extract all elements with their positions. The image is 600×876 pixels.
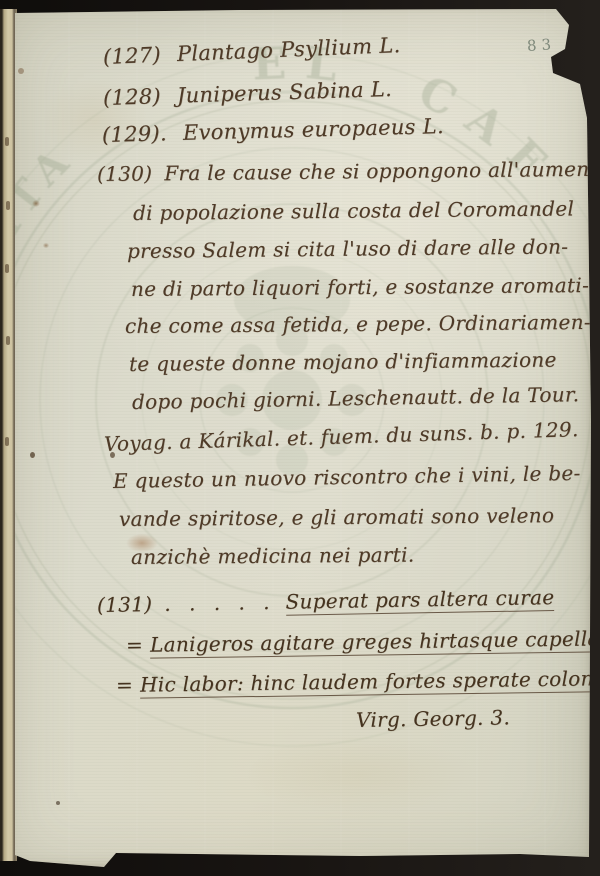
book-binding-edge xyxy=(0,9,17,861)
binding-ink-mark xyxy=(5,137,9,146)
ellipsis-dots: . . . . . xyxy=(164,590,276,616)
verse-prefix: = xyxy=(116,673,133,697)
entry-130-line-4: ne di parto liquori forti, e sostanze ar… xyxy=(131,273,589,301)
binding-ink-mark xyxy=(6,336,10,345)
entry-number: (130) xyxy=(97,161,153,186)
verse-prefix: = xyxy=(126,633,143,657)
foxing-spot xyxy=(56,801,60,805)
entry-130-line-5: che come assa fetida, e pepe. Ordinariam… xyxy=(125,310,591,338)
binding-ink-mark xyxy=(6,201,10,210)
entry-130-line-6: te queste donne mojano d'infiammazione xyxy=(129,348,557,376)
entry-number: (128) xyxy=(103,84,162,110)
entry-number: (129). xyxy=(102,121,168,147)
binding-ink-mark xyxy=(5,437,9,446)
scan-background: PROSPERITA EL CAF 83 (127)Plantago Psyll… xyxy=(0,0,600,876)
entry-text: Fra le cause che si oppongono all'aument… xyxy=(164,157,600,186)
entry-number: (131) xyxy=(97,592,153,617)
binding-ink-mark xyxy=(5,264,9,273)
entry-130-line-10: vande spiritose, e gli aromati sono vele… xyxy=(119,503,554,531)
entry-130-line-11: anzichè medicina nei parti. xyxy=(131,543,415,569)
foxing-spot xyxy=(31,199,41,208)
page-number: 83 xyxy=(526,35,556,55)
entry-130-line-2: di popolazione sulla costa del Coromande… xyxy=(133,196,574,225)
paper-stain xyxy=(200,720,520,830)
foxing-spot xyxy=(42,242,50,249)
foxing-spot xyxy=(18,68,24,74)
manuscript-page: PROSPERITA EL CAF 83 (127)Plantago Psyll… xyxy=(0,0,600,876)
verse-text: Superat pars altera curae xyxy=(285,585,554,616)
verse-citation: Virg. Georg. 3. xyxy=(356,705,510,732)
foxing-spot xyxy=(30,452,35,458)
entry-130-line-3: presso Salem si cita l'uso di dare alle … xyxy=(127,234,569,263)
entry-number: (127) xyxy=(103,43,162,69)
